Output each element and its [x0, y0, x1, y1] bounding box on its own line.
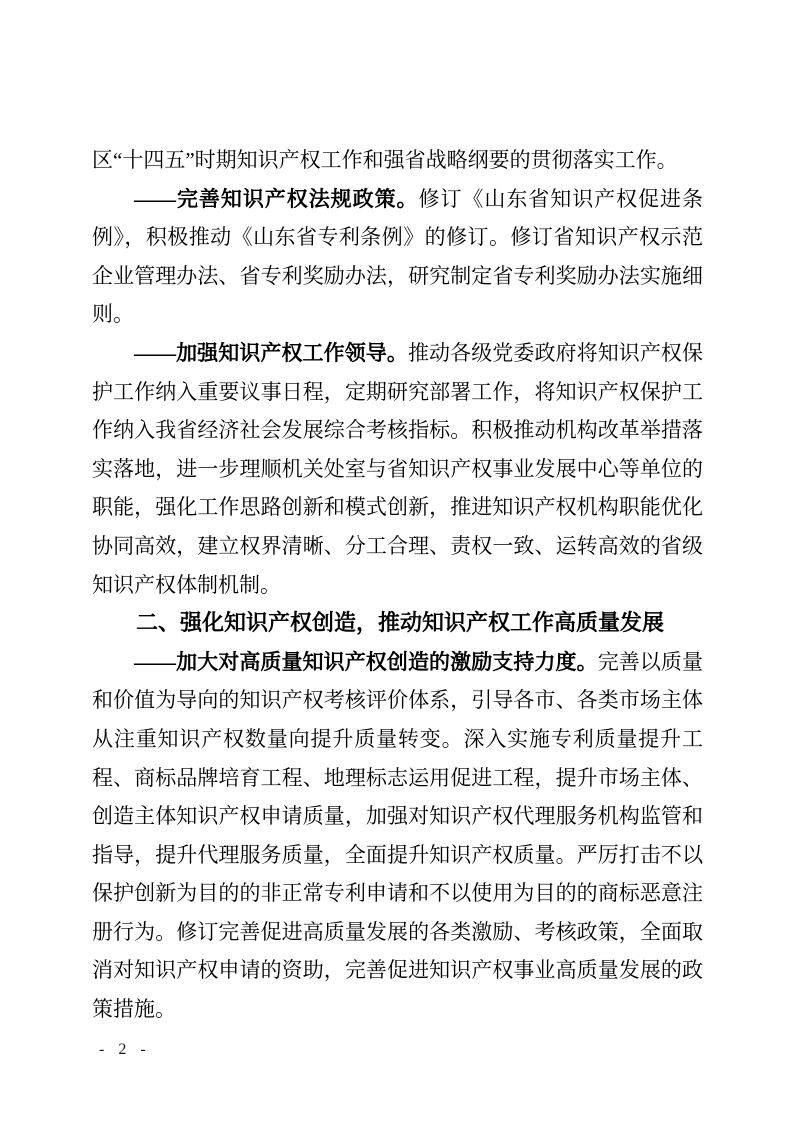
- paragraph-policy-lead: ——完善知识产权法规政策。: [134, 187, 419, 211]
- paragraph-creation: ——加大对高质量知识产权创造的激励支持力度。完善以质量和价值为导向的知识产权考核…: [92, 643, 703, 1029]
- paragraph-creation-lead: ——加大对高质量知识产权创造的激励支持力度。: [134, 650, 598, 674]
- document-page: 区“十四五”时期知识产权工作和强省战略纲要的贯彻落实工作。 ——完善知识产权法规…: [0, 0, 794, 1123]
- paragraph-leadership-lead: ——加强知识产权工作领导。: [134, 341, 408, 365]
- paragraph-leadership: ——加强知识产权工作领导。推动各级党委政府将知识产权保护工作纳入重要议事日程，定…: [92, 334, 703, 604]
- page-footer: - 2 -: [99, 1040, 151, 1059]
- paragraph-continuation: 区“十四五”时期知识产权工作和强省战略纲要的贯彻落实工作。: [92, 141, 703, 180]
- page-number: - 2 -: [99, 1041, 151, 1058]
- document-text-block: 区“十四五”时期知识产权工作和强省战略纲要的贯彻落实工作。 ——完善知识产权法规…: [92, 141, 703, 1029]
- paragraph-policy: ——完善知识产权法规政策。修订《山东省知识产权促进条例》，积极推动《山东省专利条…: [92, 180, 703, 334]
- section-heading: 二、强化知识产权创造，推动知识产权工作高质量发展: [92, 604, 703, 643]
- paragraph-leadership-text: 推动各级党委政府将知识产权保护工作纳入重要议事日程，定期研究部署工作，将知识产权…: [92, 341, 703, 597]
- paragraph-creation-text: 完善以质量和价值为导向的知识产权考核评价体系，引导各市、各类市场主体从注重知识产…: [92, 650, 703, 1021]
